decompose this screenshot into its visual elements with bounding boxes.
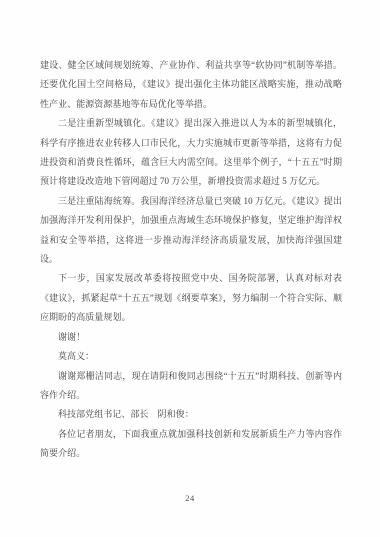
speaker-name-minister: 科技部党组书记、部长 阴和俊： <box>40 405 342 424</box>
paragraph-point-two: 二是注重新型城镇化。《建议》提出深入推进以人为本的新型城镇化，科学有序推进农业转… <box>40 114 342 192</box>
paragraph-moderator-handover: 谢谢郑栅洁同志，现在请阴和俊同志围绕“十五五”时期科技、创新等内容作介绍。 <box>40 367 342 406</box>
paragraph-thanks: 谢谢！ <box>40 328 342 347</box>
paragraph-minister-intro: 各位记者朋友，下面我重点就加强科技创新和发展新质生产力等内容作简要介绍。 <box>40 425 342 464</box>
document-page: 建设、健全区域间规划统筹、产业协作、利益共享等“软协同”机制等举措。还要优化国土… <box>0 0 380 537</box>
page-number: 24 <box>0 493 380 503</box>
document-body: 建设、健全区域间规划统筹、产业协作、利益共享等“软协同”机制等举措。还要优化国土… <box>40 56 342 464</box>
paragraph-continuation: 建设、健全区域间规划统筹、产业协作、利益共享等“软协同”机制等举措。还要优化国土… <box>40 56 342 114</box>
paragraph-point-three: 三是注重陆海统筹。我国海洋经济总量已突破 10 万亿元。《建议》提出加强海洋开发… <box>40 192 342 270</box>
speaker-name-moderator: 莫高义： <box>40 347 342 366</box>
paragraph-next-steps: 下一步，国家发展改革委将按照党中央、国务院部署，认真对标对表《建议》，抓紧起草“… <box>40 269 342 327</box>
